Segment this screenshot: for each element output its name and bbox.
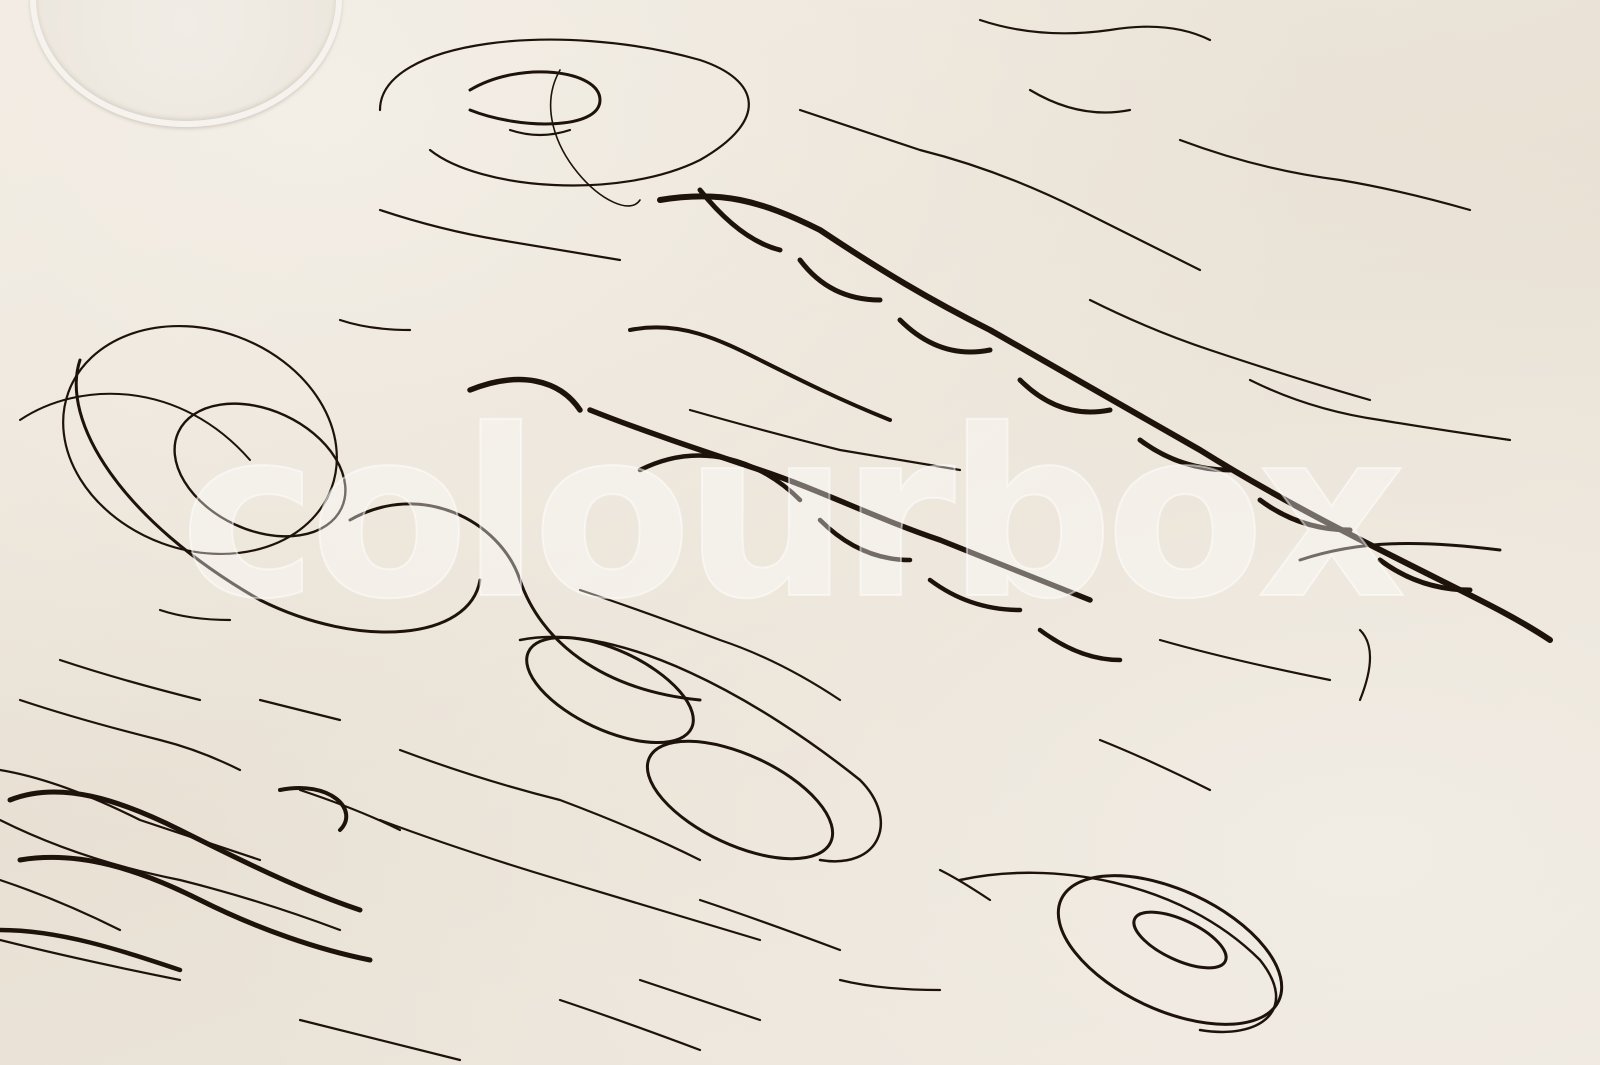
photo: colourbox [0,0,1600,1065]
calligraphy-strokes [0,0,1600,1065]
